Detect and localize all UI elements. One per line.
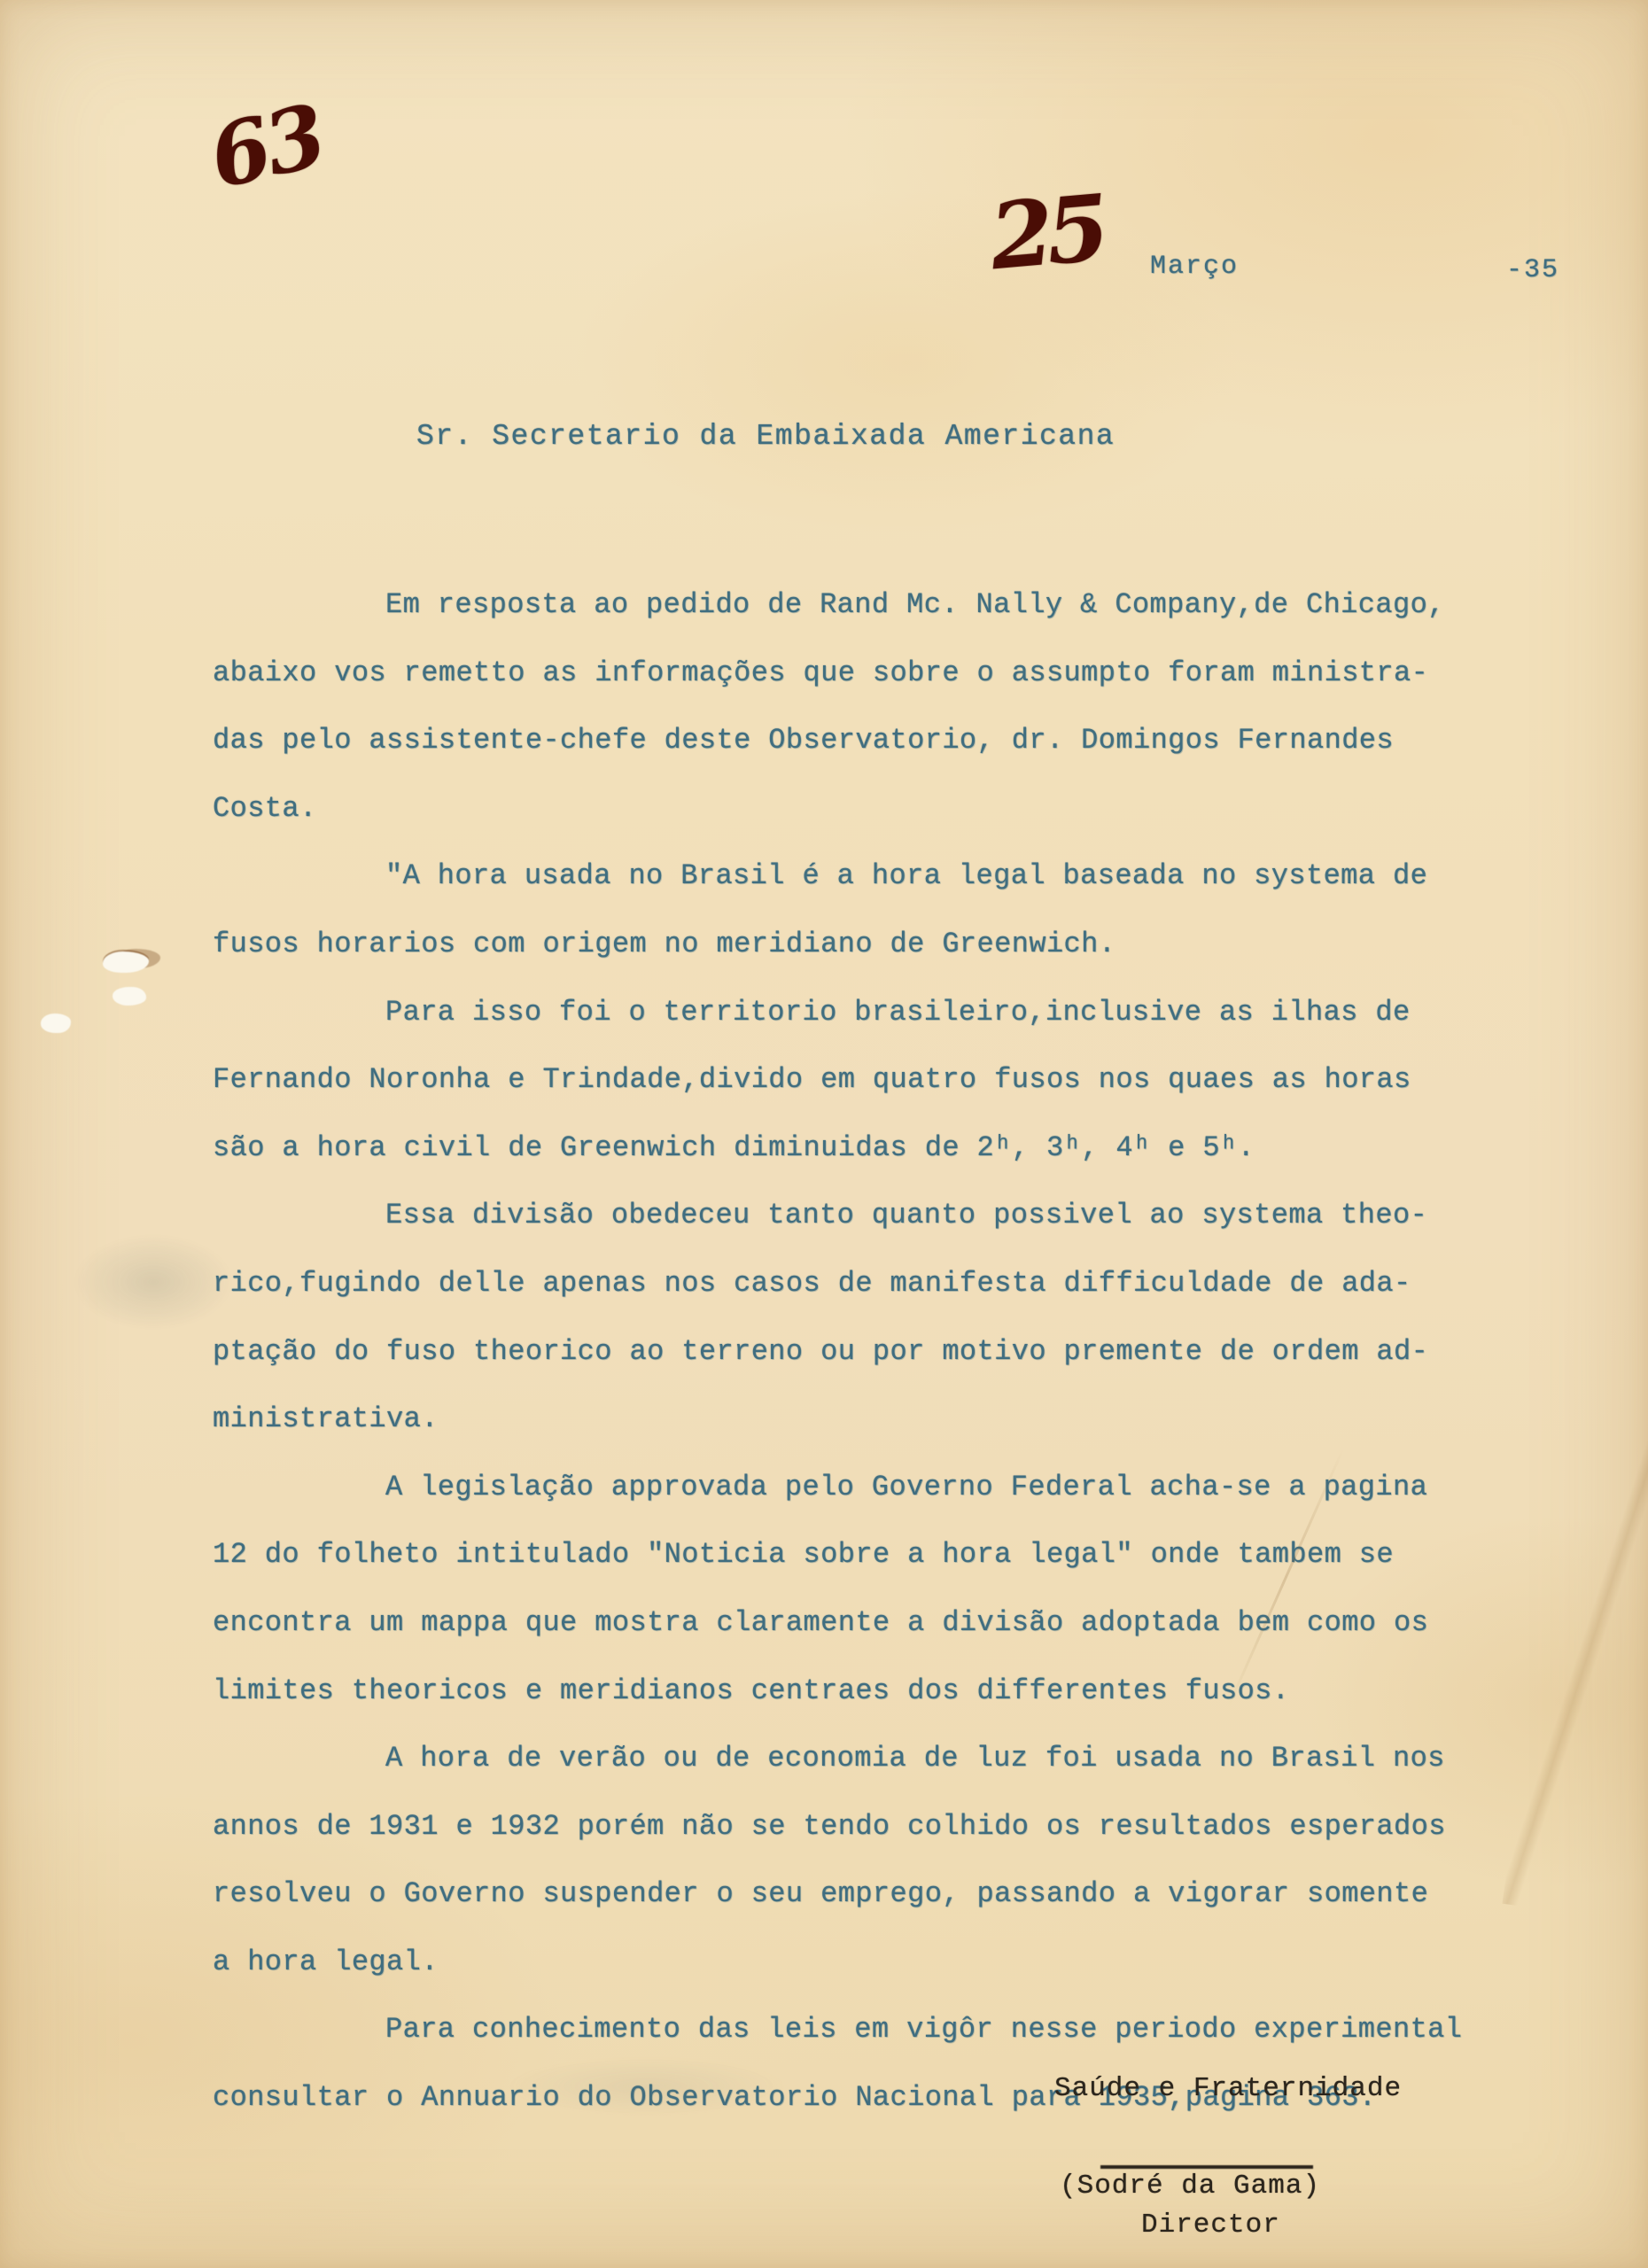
body-line: a hora legal. xyxy=(213,1929,1524,1997)
signature-rule xyxy=(1100,2165,1313,2169)
signature-name: (Sodré da Gama) xyxy=(1060,2171,1320,2202)
paper-smudge xyxy=(43,1216,264,1348)
body-line: "A hora usada no Brasil é a hora legal b… xyxy=(213,843,1524,911)
body-line: encontra um mappa que mostra claramente … xyxy=(213,1589,1524,1658)
paper-smudge xyxy=(461,2047,833,2126)
body-line: ptação do fuso theorico ao terreno ou po… xyxy=(213,1318,1524,1386)
body-line: são a hora civil de Greenwich diminuidas… xyxy=(213,1115,1524,1183)
handwritten-archive-number: 63 xyxy=(203,93,330,201)
salutation-line: Sr. Secretario da Embaixada Americana xyxy=(416,420,1115,453)
body-line: ministrativa. xyxy=(213,1386,1524,1454)
handwritten-date-day: 25 xyxy=(987,183,1106,283)
body-line: annos de 1931 e 1932 porém não se tendo … xyxy=(213,1793,1524,1861)
body-line: abaixo vos remetto as informações que so… xyxy=(213,640,1524,708)
body-line: 12 do folheto intitulado "Noticia sobre … xyxy=(213,1521,1524,1589)
date-month: Março xyxy=(1150,252,1239,282)
signature-title: Director xyxy=(1141,2210,1280,2241)
paper-tear-spot xyxy=(103,951,149,973)
body-line: Para conhecimento das leis em vigôr ness… xyxy=(213,1996,1524,2064)
body-line: Costa. xyxy=(213,775,1524,843)
letter-body: Em resposta ao pedido de Rand Mc. Nally … xyxy=(213,571,1524,2132)
paper-tear-spot xyxy=(113,987,146,1006)
body-line: Essa divisão obedeceu tanto quanto possi… xyxy=(213,1182,1524,1250)
body-line: Fernando Noronha e Trindade,divido em qu… xyxy=(213,1046,1524,1115)
scanned-letter-page: 63 25 Março -35 Sr. Secretario da Embaix… xyxy=(0,0,1648,2268)
date-year-suffix: -35 xyxy=(1506,255,1559,285)
body-line: das pelo assistente-chefe deste Observat… xyxy=(213,707,1524,775)
body-line: Em resposta ao pedido de Rand Mc. Nally … xyxy=(213,571,1524,640)
body-line: resolveu o Governo suspender o seu empre… xyxy=(213,1860,1524,1929)
closing-salute: Saúde e Fraternidade xyxy=(1054,2073,1402,2104)
body-line: limites theoricos e meridianos centraes … xyxy=(213,1658,1524,1726)
paper-tear-spot xyxy=(41,1014,71,1033)
body-line: Para isso foi o territorio brasileiro,in… xyxy=(213,979,1524,1047)
body-line: fusos horarios com origem no meridiano d… xyxy=(213,911,1524,979)
paper-crease xyxy=(1502,1360,1648,1919)
body-line: A hora de verão ou de economia de luz fo… xyxy=(213,1725,1524,1793)
body-line: rico,fugindo delle apenas nos casos de m… xyxy=(213,1250,1524,1318)
